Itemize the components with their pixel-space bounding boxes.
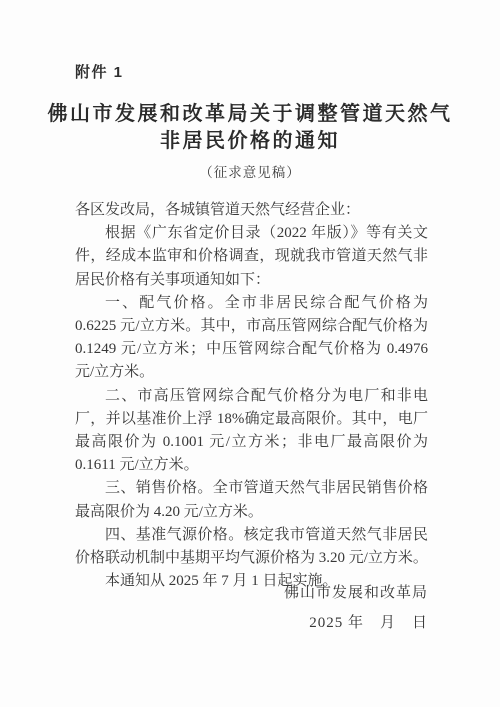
attachment-label: 附件 1 [75,61,124,82]
signature-date: 2025 年 月 日 [75,611,428,632]
document-page: 附件 1 佛山市发展和改革局关于调整管道天然气 非居民价格的通知 （征求意见稿）… [0,0,500,707]
salutation-line: 各区发改局，各城镇管道天然气经营企业： [75,199,428,222]
signature-organization: 佛山市发展和改革局 [75,581,428,602]
paragraph-basis: 根据《广东省定价目录（2022 年版）》等有关文件，经成本监审和价格调查，现就我… [75,222,428,292]
document-title: 佛山市发展和改革局关于调整管道天然气 非居民价格的通知 [35,101,465,155]
paragraph-item-2-high-pressure-price: 二、市高压管网综合配气价格分为电厂和非电厂，并以基准价上浮 18%确定最高限价。… [75,385,428,478]
document-subtitle-draft-note: （征求意见稿） [0,161,500,181]
document-title-line2: 非居民价格的通知 [35,128,465,155]
document-title-line1: 佛山市发展和改革局关于调整管道天然气 [35,101,465,128]
signature-block: 佛山市发展和改革局 2025 年 月 日 [75,581,428,632]
paragraph-item-1-distribution-price: 一、配气价格。全市非居民综合配气价格为 0.6225 元/立方米。其中，市高压管… [75,292,428,385]
document-body: 各区发改局，各城镇管道天然气经营企业： 根据《广东省定价目录（2022 年版）》… [75,199,428,593]
paragraph-item-4-base-gas-source-price: 四、基准气源价格。核定我市管道天然气非居民价格联动机制中基期平均气源价格为 3.… [75,524,428,570]
paragraph-item-3-sales-price: 三、销售价格。全市管道天然气非居民销售价格最高限价为 4.20 元/立方米。 [75,477,428,523]
